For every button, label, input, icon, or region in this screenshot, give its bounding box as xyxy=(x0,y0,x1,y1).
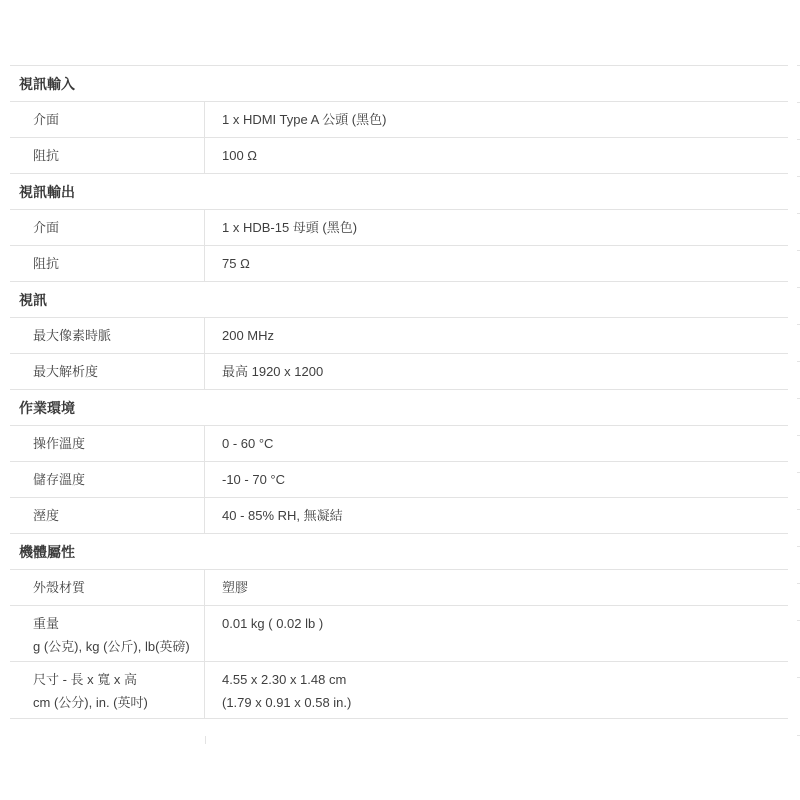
spec-value: 4.55 x 2.30 x 1.48 cm xyxy=(222,668,788,691)
spec-row: 尺寸 - 長 x 寬 x 高 cm (公分), in. (英吋) 4.55 x … xyxy=(10,662,788,719)
section-header-physical-properties: 機體屬性 xyxy=(10,534,788,570)
section-title: 視訊 xyxy=(19,290,47,310)
spec-table: 視訊輸入 介面 1 x HDMI Type A 公頭 (黑色) 阻抗 100 Ω… xyxy=(10,65,788,719)
spec-row: 最大解析度 最高 1920 x 1200 xyxy=(10,354,788,390)
spec-row: 操作溫度 0 - 60 °C xyxy=(10,426,788,462)
spec-row: 重量 g (公克), kg (公斤), lb(英磅) 0.01 kg ( 0.0… xyxy=(10,606,788,662)
spec-value-cell: 0 - 60 °C xyxy=(205,426,788,461)
spec-label-units: cm (公分), in. (英吋) xyxy=(33,691,200,714)
spec-value: 1 x HDB-15 母頭 (黑色) xyxy=(222,216,788,239)
spec-row: 儲存溫度 -10 - 70 °C xyxy=(10,462,788,498)
section-header-video-input: 視訊輸入 xyxy=(10,66,788,102)
spec-label-cell: 操作溫度 xyxy=(10,426,205,461)
spec-label-units: g (公克), kg (公斤), lb(英磅) xyxy=(33,635,200,658)
spec-value-cell: 40 - 85% RH, 無凝結 xyxy=(205,498,788,533)
spec-value-cell: -10 - 70 °C xyxy=(205,462,788,497)
spec-row: 最大像素時脈 200 MHz xyxy=(10,318,788,354)
section-header-video: 視訊 xyxy=(10,282,788,318)
spec-label: 尺寸 - 長 x 寬 x 高 xyxy=(33,668,200,691)
spec-value-cell: 4.55 x 2.30 x 1.48 cm (1.79 x 0.91 x 0.5… xyxy=(205,662,788,718)
section-title: 機體屬性 xyxy=(19,542,75,562)
section-title: 視訊輸出 xyxy=(19,182,75,202)
column-divider-stub xyxy=(205,736,206,744)
section-header-video-output: 視訊輸出 xyxy=(10,174,788,210)
spec-value-cell: 75 Ω xyxy=(205,246,788,281)
section-header-operating-environment: 作業環境 xyxy=(10,390,788,426)
spec-value: 40 - 85% RH, 無凝結 xyxy=(222,504,788,527)
spec-value: 1 x HDMI Type A 公頭 (黑色) xyxy=(222,108,788,131)
spec-label-cell: 阻抗 xyxy=(10,138,205,173)
spec-value: 0.01 kg ( 0.02 lb ) xyxy=(222,612,788,635)
spec-label-cell: 最大像素時脈 xyxy=(10,318,205,353)
spec-label-cell: 介面 xyxy=(10,102,205,137)
spec-label: 外殼材質 xyxy=(33,576,200,599)
section-title: 作業環境 xyxy=(19,398,75,418)
spec-row: 介面 1 x HDMI Type A 公頭 (黑色) xyxy=(10,102,788,138)
spec-label-cell: 介面 xyxy=(10,210,205,245)
spec-label: 最大解析度 xyxy=(33,360,200,383)
spec-label: 阻抗 xyxy=(33,144,200,167)
spec-value: 75 Ω xyxy=(222,252,788,275)
spec-label: 溼度 xyxy=(33,504,200,527)
spec-row: 溼度 40 - 85% RH, 無凝結 xyxy=(10,498,788,534)
spec-value: 0 - 60 °C xyxy=(222,432,788,455)
spec-label-cell: 儲存溫度 xyxy=(10,462,205,497)
spec-value: 塑膠 xyxy=(222,576,788,599)
spec-label-cell: 溼度 xyxy=(10,498,205,533)
spec-value: 200 MHz xyxy=(222,324,788,347)
spec-value: 100 Ω xyxy=(222,144,788,167)
section-title: 視訊輸入 xyxy=(19,74,75,94)
spec-label: 最大像素時脈 xyxy=(33,324,200,347)
spec-label-cell: 尺寸 - 長 x 寬 x 高 cm (公分), in. (英吋) xyxy=(10,662,205,718)
spec-value-cell: 200 MHz xyxy=(205,318,788,353)
spec-value-cell: 0.01 kg ( 0.02 lb ) xyxy=(205,606,788,661)
spec-value-secondary: (1.79 x 0.91 x 0.58 in.) xyxy=(222,691,788,714)
spec-label-cell: 阻抗 xyxy=(10,246,205,281)
spec-label-cell: 外殼材質 xyxy=(10,570,205,605)
spec-value: -10 - 70 °C xyxy=(222,468,788,491)
spec-value-cell: 最高 1920 x 1200 xyxy=(205,354,788,389)
spec-value: 最高 1920 x 1200 xyxy=(222,360,788,383)
spec-label: 介面 xyxy=(33,108,200,131)
spec-label: 儲存溫度 xyxy=(33,468,200,491)
spec-label-cell: 重量 g (公克), kg (公斤), lb(英磅) xyxy=(10,606,205,661)
spec-value-cell: 塑膠 xyxy=(205,570,788,605)
spec-row: 阻抗 100 Ω xyxy=(10,138,788,174)
spec-row: 阻抗 75 Ω xyxy=(10,246,788,282)
spec-value-cell: 1 x HDB-15 母頭 (黑色) xyxy=(205,210,788,245)
spec-value-cell: 1 x HDMI Type A 公頭 (黑色) xyxy=(205,102,788,137)
spec-label: 介面 xyxy=(33,216,200,239)
spec-label: 阻抗 xyxy=(33,252,200,275)
spec-row: 外殼材質 塑膠 xyxy=(10,570,788,606)
spec-label: 重量 xyxy=(33,612,200,635)
spec-label: 操作溫度 xyxy=(33,432,200,455)
spec-row: 介面 1 x HDB-15 母頭 (黑色) xyxy=(10,210,788,246)
spec-label-cell: 最大解析度 xyxy=(10,354,205,389)
spec-value-cell: 100 Ω xyxy=(205,138,788,173)
